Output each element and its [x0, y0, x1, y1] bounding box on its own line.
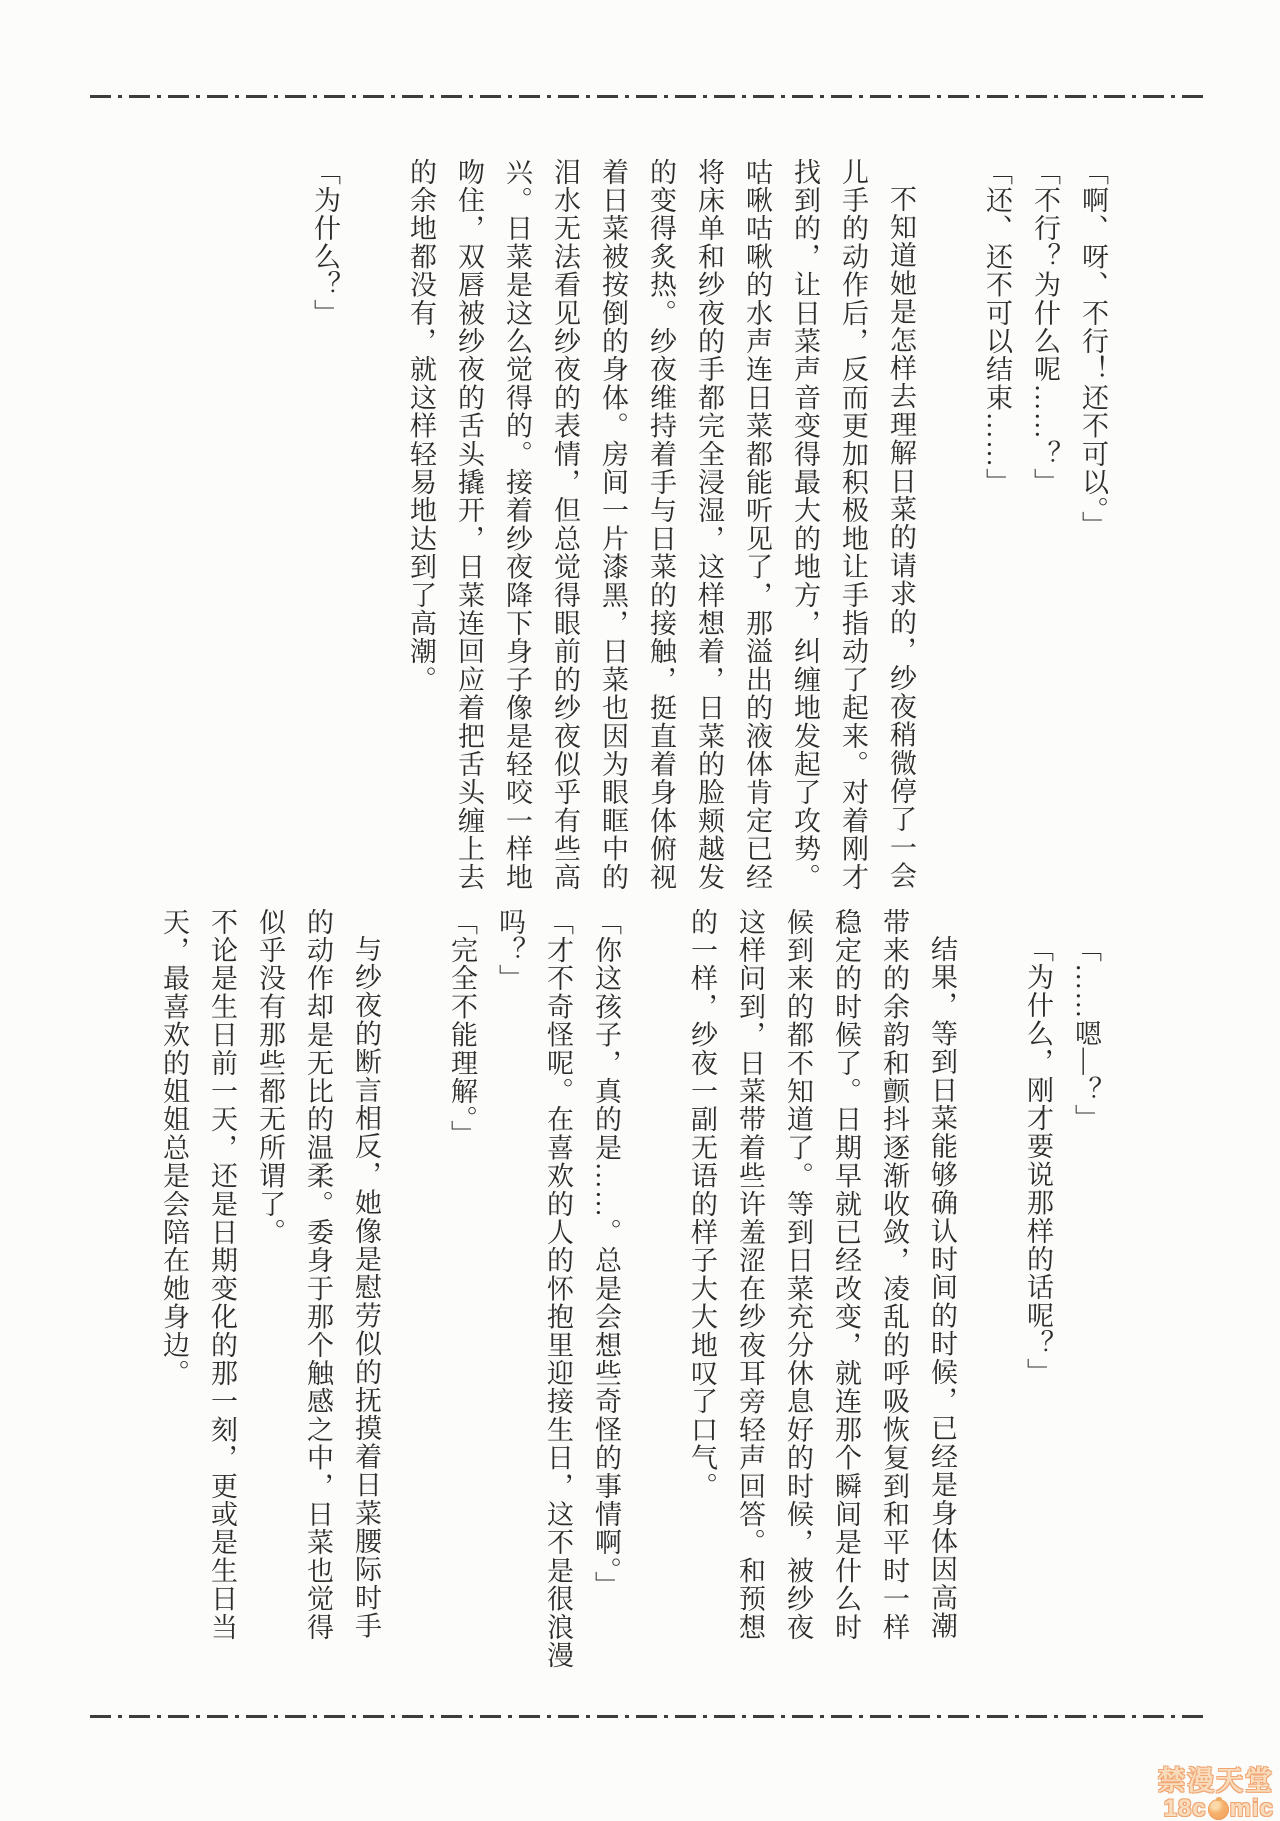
text-column: 结果，等到日菜能够确认时间的时候，已经是身体因高潮	[918, 908, 966, 1708]
text-column: 似乎没有那些都无所谓了。	[246, 908, 294, 1708]
text-column: 的动作却是无比的温柔。委身于那个触感之中，日菜也觉得	[294, 908, 342, 1708]
text-column: 「不行？为什么呢……？」	[1021, 158, 1069, 958]
text-column: 「啊、呀、不行！还不可以。」	[1069, 158, 1117, 958]
watermark-latin-text: 18c mic	[1158, 1797, 1274, 1821]
text-column: 找到的，让日菜声音变得最大的地方，纠缠地发起了攻势。	[781, 158, 829, 958]
text-column: 「为什么，刚才要说那样的话呢？」	[1014, 908, 1062, 1708]
text-column: 咕啾咕啾的水声连日菜都能听见了，那溢出的液体肯定已经	[733, 158, 781, 958]
bottom-text-block: 「……嗯—？」「为什么，刚才要说那样的话呢？」结果，等到日菜能够确认时间的时候，…	[150, 908, 1110, 1708]
text-column: 带来的余韵和颤抖逐渐收敛，凌乱的呼吸恢复到和平时一样	[870, 908, 918, 1708]
text-column: 不论是生日前一天，还是日期变化的那一刻，更或是生日当	[198, 908, 246, 1708]
text-column: 不知道她是怎样去理解日菜的请求的，纱夜稍微停了一会	[877, 158, 925, 958]
text-column: 将床单和纱夜的手都完全浸湿，这样想着，日菜的脸颊越发	[685, 158, 733, 958]
top-dash-rule	[90, 95, 1203, 98]
text-column: 「为什么？」	[301, 158, 349, 958]
bottom-dash-rule	[90, 1715, 1203, 1718]
text-column: 与纱夜的断言相反，她像是慰劳似的抚摸着日菜腰际时手	[342, 908, 390, 1708]
orange-fruit-icon	[1208, 1799, 1229, 1820]
text-column: 「完全不能理解。」	[438, 908, 486, 1708]
text-column: 兴。日菜是这么觉得的。接着纱夜降下身子像是轻咬一样地	[493, 158, 541, 958]
site-watermark: 禁漫天堂 18c mic	[1158, 1768, 1274, 1821]
text-column: 天，最喜欢的姐姐总是会陪在她身边。	[150, 908, 198, 1708]
text-column: 的余地都没有，就这样轻易地达到了高潮。	[397, 158, 445, 958]
text-column: 「还、还不可以结束……」	[973, 158, 1021, 958]
text-column: 这样问到，日菜带着些许羞涩在纱夜耳旁轻声回答。和预想	[726, 908, 774, 1708]
text-column: 稳定的时候了。日期早就已经改变，就连那个瞬间是什么时	[822, 908, 870, 1708]
text-column: 泪水无法看见纱夜的表情，但总觉得眼前的纱夜似乎有些高	[541, 158, 589, 958]
text-column: 「才不奇怪呢。在喜欢的人的怀抱里迎接生日，这不是很浪漫	[534, 908, 582, 1708]
top-text-block: 「啊、呀、不行！还不可以。」「不行？为什么呢……？」「还、还不可以结束……」不知…	[301, 158, 1117, 958]
watermark-suffix: mic	[1230, 1797, 1274, 1821]
text-column: 的一样，纱夜一副无语的样子大大地叹了口气。	[678, 908, 726, 1708]
text-column: 候到来的都不知道了。等到日菜充分休息好的时候，被纱夜	[774, 908, 822, 1708]
watermark-prefix: 18c	[1164, 1797, 1207, 1821]
text-column: 的变得炙热。纱夜维持着手与日菜的接触，挺直着身体俯视	[637, 158, 685, 958]
text-column: 「你这孩子，真的是……。总是会想些奇怪的事情啊。」	[582, 908, 630, 1708]
text-column: 吻住，双唇被纱夜的舌头撬开，日菜连回应着把舌头缠上去	[445, 158, 493, 958]
watermark-chinese-text: 禁漫天堂	[1158, 1768, 1274, 1795]
text-column: 儿手的动作后，反而更加积极地让手指动了起来。对着刚才	[829, 158, 877, 958]
text-column: 着日菜被按倒的身体。房间一片漆黑，日菜也因为眼眶中的	[589, 158, 637, 958]
scanned-text-page: 「啊、呀、不行！还不可以。」「不行？为什么呢……？」「还、还不可以结束……」不知…	[0, 0, 1280, 1821]
text-column: 「……嗯—？」	[1062, 908, 1110, 1708]
text-column: 吗？」	[486, 908, 534, 1708]
